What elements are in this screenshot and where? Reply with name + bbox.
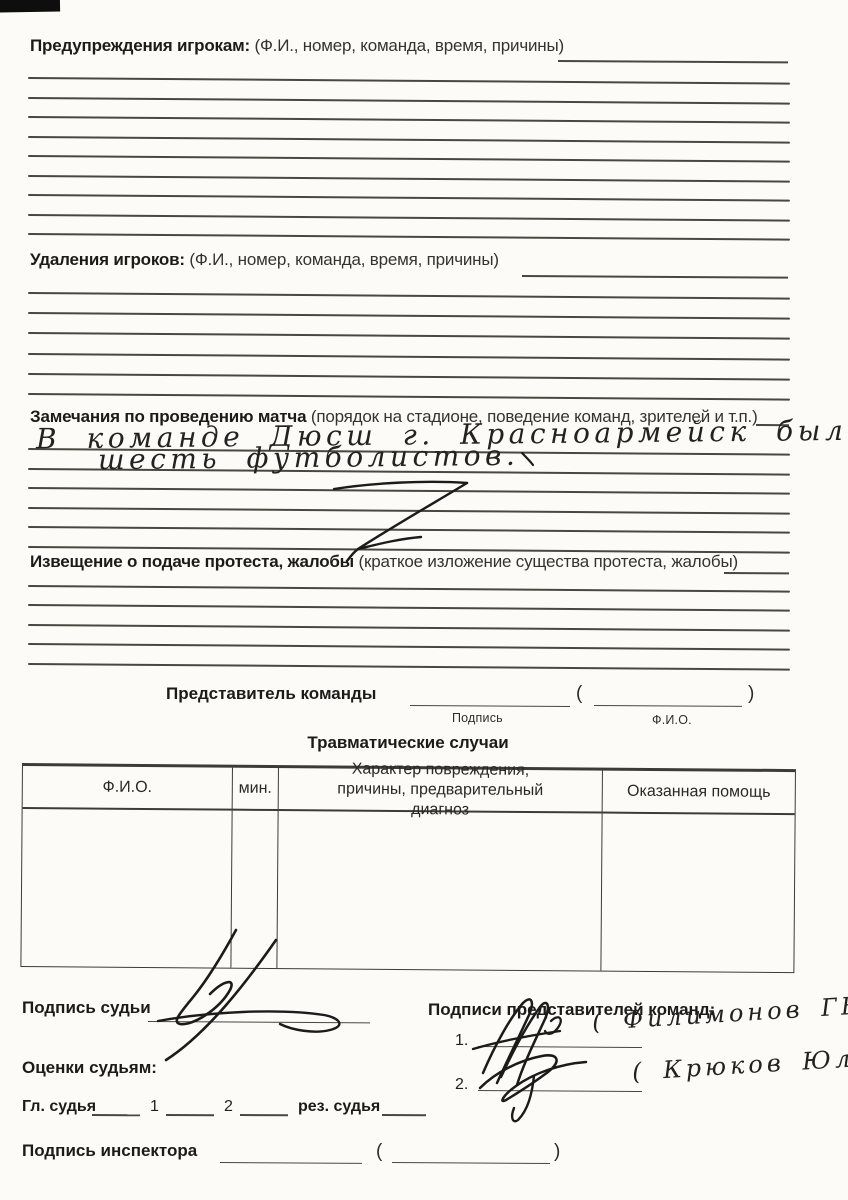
rep1-name-handwriting: ( Филимонов ГВ <box>591 992 848 1036</box>
injuries-col-nature: Характер повреждения, причины, предварит… <box>278 768 602 814</box>
injuries-col-help: Оказанная помощь <box>602 771 795 816</box>
scores-label: Оценки судьям: <box>22 1058 157 1078</box>
ruled-line <box>28 332 790 340</box>
ruled-line <box>28 97 790 105</box>
rep2-name-handwriting: ( Крюков Юл <box>631 1044 848 1086</box>
expulsions-ruled-lines <box>28 292 790 412</box>
warnings-hint: (Ф.И., номер, команда, время, причины) <box>254 36 563 55</box>
scan-artifact <box>0 0 60 13</box>
ruled-line <box>28 643 790 651</box>
protest-ruled-lines <box>28 585 790 685</box>
ruled-line <box>28 585 790 593</box>
match-report-form-scan: Предупреждения игрокам: (Ф.И., номер, ко… <box>0 0 848 1200</box>
rep2-signature <box>468 1046 618 1126</box>
rep2-number: 2. <box>455 1076 468 1094</box>
injuries-cell-help <box>600 814 794 973</box>
ruled-line <box>28 175 790 183</box>
ruled-line <box>28 233 790 241</box>
representative-paren-close: ) <box>748 683 754 705</box>
ruled-line <box>28 194 790 202</box>
assistant2-score-blank <box>240 1114 288 1116</box>
ruled-line <box>28 77 790 85</box>
reserve-referee-score-blank <box>382 1114 426 1116</box>
warnings-heading: Предупреждения игрокам: (Ф.И., номер, ко… <box>30 36 564 56</box>
representative-paren-open: ( <box>576 683 582 705</box>
warnings-label: Предупреждения игрокам: <box>30 36 250 55</box>
expulsions-label: Удаления игроков: <box>30 250 185 269</box>
assistant1-score-blank <box>166 1114 214 1116</box>
ruled-line <box>28 663 790 671</box>
ruled-line <box>28 292 790 300</box>
warnings-ruled-lines <box>28 77 790 257</box>
reserve-referee-label: рез. судья <box>298 1098 380 1116</box>
representative-name-caption: Ф.И.О. <box>652 713 692 727</box>
representative-signature-caption: Подпись <box>452 711 503 725</box>
ruled-line <box>28 136 790 144</box>
chief-referee-score-blank <box>92 1114 140 1116</box>
expulsions-hint: (Ф.И., номер, команда, время, причины) <box>189 250 498 269</box>
injuries-col-fio: Ф.И.О. <box>23 766 232 811</box>
referee-signature <box>128 918 398 1068</box>
protest-trailing-line <box>724 572 789 574</box>
protest-label: Извещение о подаче протеста, жалобы <box>30 552 354 571</box>
ruled-line <box>28 214 790 222</box>
ruled-line <box>28 353 790 361</box>
ruled-line <box>28 604 790 612</box>
protest-hint: (краткое изложение существа протеста, жа… <box>359 552 738 571</box>
ruled-line <box>28 116 790 124</box>
injuries-title: Травматические случаи <box>22 733 794 753</box>
inspector-paren-close: ) <box>554 1141 560 1163</box>
warnings-trailing-line <box>558 60 788 63</box>
assistant2-label: 2 <box>224 1098 233 1116</box>
protest-heading: Извещение о подаче протеста, жалобы (кра… <box>30 552 738 572</box>
ruled-line <box>28 155 790 163</box>
strike-through-mark <box>300 440 560 570</box>
representative-signature-line <box>410 705 570 707</box>
representative-label: Представитель команды <box>166 684 376 704</box>
inspector-label: Подпись инспектора <box>22 1141 197 1161</box>
chief-referee-label: Гл. судья <box>22 1098 96 1116</box>
injuries-col-min: мин. <box>232 768 278 811</box>
representative-name-line <box>594 705 742 707</box>
ruled-line <box>28 312 790 320</box>
expulsions-trailing-line <box>522 275 788 279</box>
assistant1-label: 1 <box>150 1098 159 1116</box>
inspector-name-line <box>392 1162 550 1164</box>
ruled-line <box>28 624 790 632</box>
inspector-signature-line <box>220 1162 362 1164</box>
ruled-line <box>28 373 790 381</box>
ruled-line <box>28 393 790 401</box>
expulsions-heading: Удаления игроков: (Ф.И., номер, команда,… <box>30 250 499 270</box>
inspector-paren-open: ( <box>376 1141 382 1163</box>
